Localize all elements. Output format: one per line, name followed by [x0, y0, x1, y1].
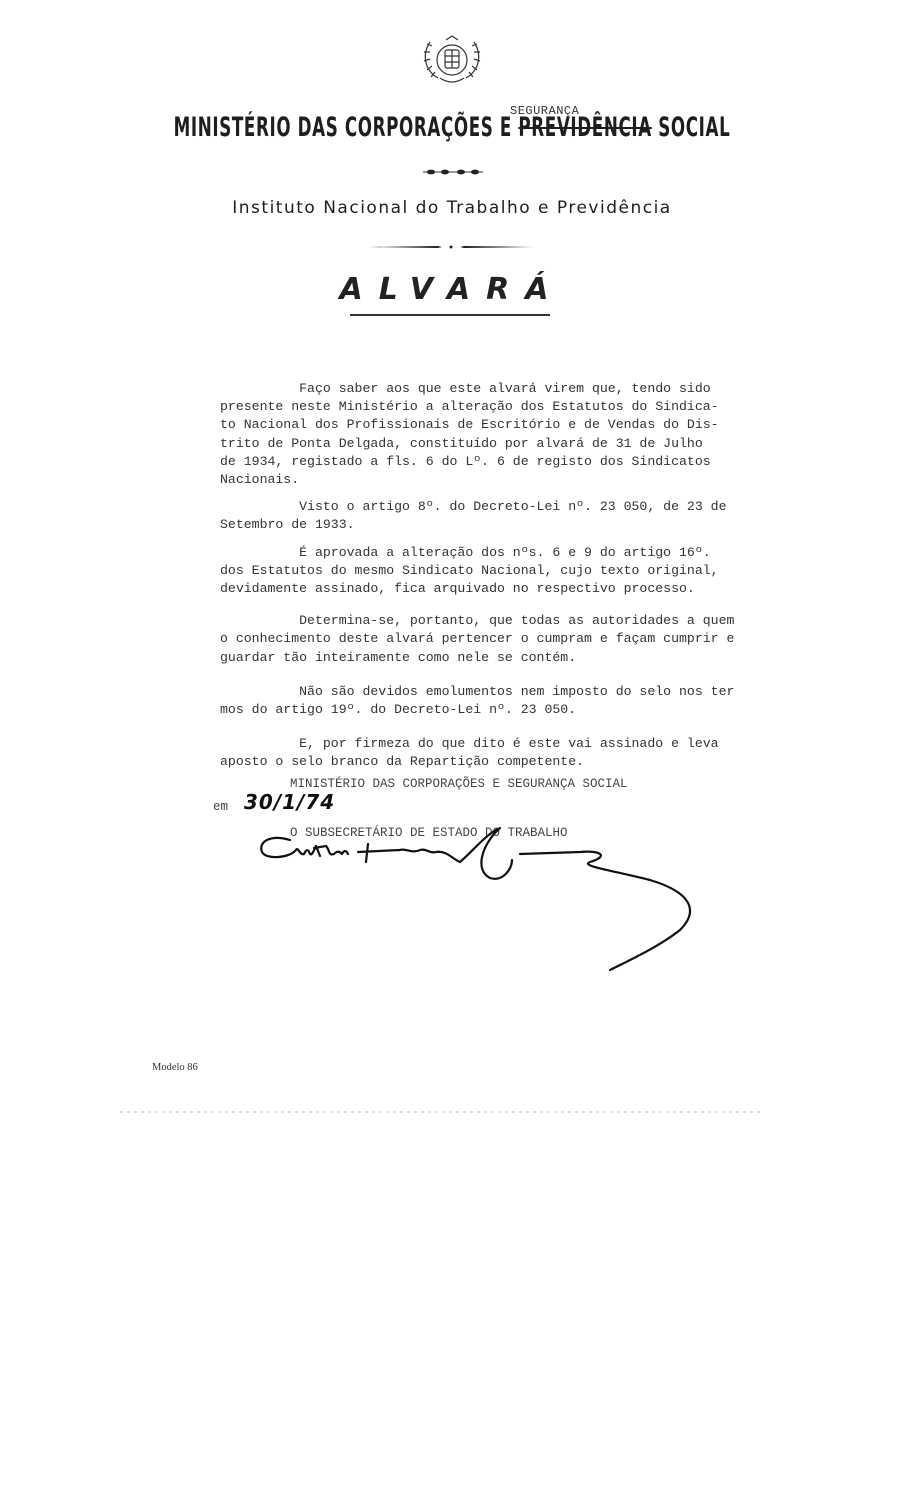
text-line: Setembro de 1933.: [220, 516, 730, 534]
text-line: Não são devidos emolumentos nem imposto …: [220, 683, 730, 701]
paragraph: Determina-se, portanto, que todas as aut…: [220, 612, 730, 667]
document-body: Faço saber aos que este alvará virem que…: [220, 380, 730, 772]
signature-icon: [250, 820, 710, 990]
ministry-heading-prefix: MINISTÉRIO DAS CORPORAÇÕES E: [174, 112, 519, 143]
text-line: Faço saber aos que este alvará virem que…: [220, 380, 730, 398]
text-line: aposto o selo branco da Repartição compe…: [220, 753, 730, 771]
paragraph: Faço saber aos que este alvará virem que…: [220, 380, 730, 489]
ornament-rule-icon: [368, 244, 534, 250]
page-edge-divider: [120, 1111, 760, 1113]
text-line: de 1934, registado a fls. 6 do Lº. 6 de …: [220, 453, 730, 471]
text-line: devidamente assinado, fica arquivado no …: [220, 580, 730, 598]
paragraph: Não são devidos emolumentos nem imposto …: [220, 683, 730, 719]
text-line: dos Estatutos do mesmo Sindicato Naciona…: [220, 562, 730, 580]
text-line: trito de Ponta Delgada, constituído por …: [220, 435, 730, 453]
text-line: mos do artigo 19º. do Decreto-Lei nº. 23…: [220, 701, 730, 719]
document-title: ALVARÁ: [0, 272, 904, 307]
text-line: to Nacional dos Profissionais de Escritó…: [220, 416, 730, 434]
struck-word: PREVIDÊNCIA: [518, 112, 651, 143]
institute-name: Instituto Nacional do Trabalho e Previdê…: [0, 198, 904, 218]
closing-ministry: MINISTÉRIO DAS CORPORAÇÕES E SEGURANÇA S…: [290, 777, 628, 791]
text-line: Determina-se, portanto, que todas as aut…: [220, 612, 730, 630]
text-line: guardar tão inteiramente como nele se co…: [220, 649, 730, 667]
ministry-heading-suffix: SOCIAL: [652, 112, 731, 143]
document-page: SEGURANÇA MINISTÉRIO DAS CORPORAÇÕES E P…: [0, 0, 904, 1500]
paragraph: É aprovada a alteração dos nºs. 6 e 9 do…: [220, 544, 730, 599]
text-line: E, por firmeza do que dito é este vai as…: [220, 735, 730, 753]
title-underline: [350, 314, 550, 316]
text-line: Nacionais.: [220, 471, 730, 489]
paragraph: Visto o artigo 8º. do Decreto-Lei nº. 23…: [220, 498, 730, 534]
coat-of-arms-icon: [418, 34, 486, 90]
ministry-heading: MINISTÉRIO DAS CORPORAÇÕES E PREVIDÊNCIA…: [172, 112, 732, 143]
handwritten-date: 30/1/74: [244, 790, 335, 814]
paragraph: E, por firmeza do que dito é este vai as…: [220, 735, 730, 771]
text-line: Visto o artigo 8º. do Decreto-Lei nº. 23…: [220, 498, 730, 516]
form-model-label: Modelo 86: [152, 1062, 198, 1073]
text-line: presente neste Ministério a alteração do…: [220, 398, 730, 416]
text-line: É aprovada a alteração dos nºs. 6 e 9 do…: [220, 544, 730, 562]
text-line: o conhecimento deste alvará pertencer o …: [220, 630, 730, 648]
date-label: em: [213, 800, 228, 814]
ornament-divider-icon: [423, 168, 483, 176]
